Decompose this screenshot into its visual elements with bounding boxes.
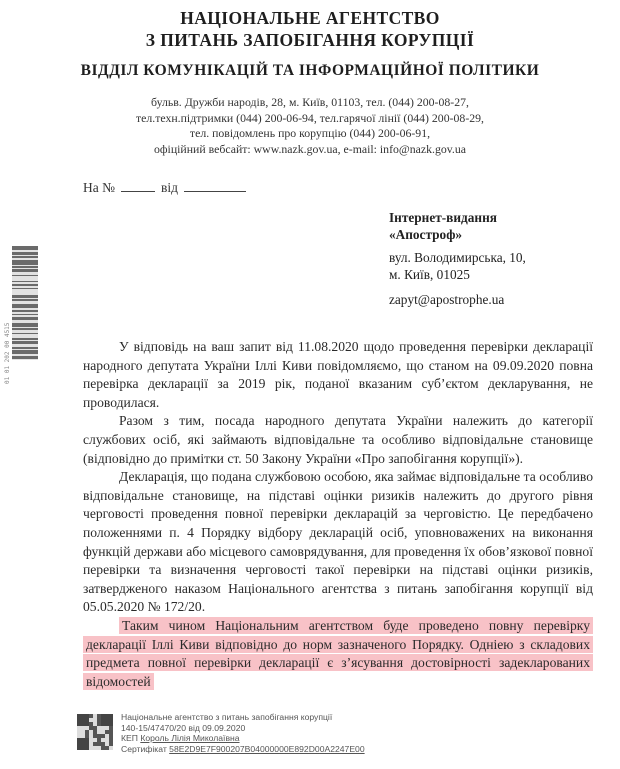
- signature-info: Національне агентство з питань запобіган…: [121, 712, 365, 754]
- signer-name: Король Лілія Миколаївна: [140, 733, 239, 743]
- recipient-name-line2: «Апостроф»: [389, 226, 526, 243]
- letter-body: У відповідь на ваш запит від 11.08.2020 …: [83, 338, 593, 691]
- contact-line: тел. повідомлень про корупцію (044) 200-…: [0, 126, 620, 142]
- signature-doc-number: 140-15/47470/20 від 09.09.2020: [121, 723, 365, 734]
- recipient-block: Інтернет-видання «Апостроф» вул. Володим…: [389, 209, 526, 308]
- reference-line: На №від: [83, 179, 246, 196]
- letter-page: НАЦІОНАЛЬНЕ АГЕНТСТВО З ПИТАНЬ ЗАПОБІГАН…: [0, 0, 620, 769]
- recipient-name: Інтернет-видання «Апостроф»: [389, 209, 526, 243]
- signature-agency: Національне агентство з питань запобіган…: [121, 712, 365, 723]
- highlighted-paragraph: Таким чином Національним агентством буде…: [83, 617, 593, 691]
- reference-prefix: На №: [83, 180, 115, 195]
- barcode-number: 01 01 202 00 4515: [4, 246, 12, 384]
- qr-code-icon: [77, 714, 113, 750]
- agency-name-line1: НАЦІОНАЛЬНЕ АГЕНТСТВО: [0, 8, 620, 29]
- contact-line: тел.техн.підтримки (044) 200-06-94, тел.…: [0, 111, 620, 127]
- department-title: ВІДДІЛ КОМУНІКАЦІЙ ТА ІНФОРМАЦІЙНОЇ ПОЛІ…: [0, 62, 620, 80]
- certificate-label: Сертифікат: [121, 744, 167, 754]
- body-paragraph: У відповідь на ваш запит від 11.08.2020 …: [83, 338, 593, 412]
- barcode-icon: [12, 246, 38, 384]
- contact-line: бульв. Дружби народів, 28, м. Київ, 0110…: [0, 95, 620, 111]
- signature-kep: КЕП Король Лілія Миколаївна: [121, 733, 365, 744]
- signature-block: Національне агентство з питань запобіган…: [77, 712, 577, 762]
- recipient-address-line1: вул. Володимирська, 10,: [389, 249, 526, 266]
- certificate-number: 58E2D9E7F900207B04000000E892D00A2247E00: [169, 744, 364, 754]
- reference-date-label: від: [161, 180, 178, 195]
- body-paragraph: Разом з тим, посада народного депутата У…: [83, 412, 593, 468]
- recipient-email: zapyt@apostrophe.ua: [389, 291, 526, 308]
- reference-date-blank: [184, 179, 246, 192]
- signature-certificate: Сертифікат 58E2D9E7F900207B04000000E892D…: [121, 744, 365, 755]
- body-paragraph: Декларація, що подана службовою особою, …: [83, 468, 593, 617]
- reference-number-blank: [121, 179, 155, 192]
- highlighted-text: Таким чином Національним агентством буде…: [83, 617, 593, 690]
- recipient-address: вул. Володимирська, 10, м. Київ, 01025: [389, 249, 526, 283]
- recipient-name-line1: Інтернет-видання: [389, 209, 526, 226]
- kep-label: КЕП: [121, 733, 138, 743]
- contact-block: бульв. Дружби народів, 28, м. Київ, 0110…: [0, 95, 620, 157]
- agency-name-line2: З ПИТАНЬ ЗАПОБІГАННЯ КОРУПЦІЇ: [0, 30, 620, 51]
- recipient-address-line2: м. Київ, 01025: [389, 266, 526, 283]
- contact-line: офіційний вебсайт: www.nazk.gov.ua, e-ma…: [0, 142, 620, 158]
